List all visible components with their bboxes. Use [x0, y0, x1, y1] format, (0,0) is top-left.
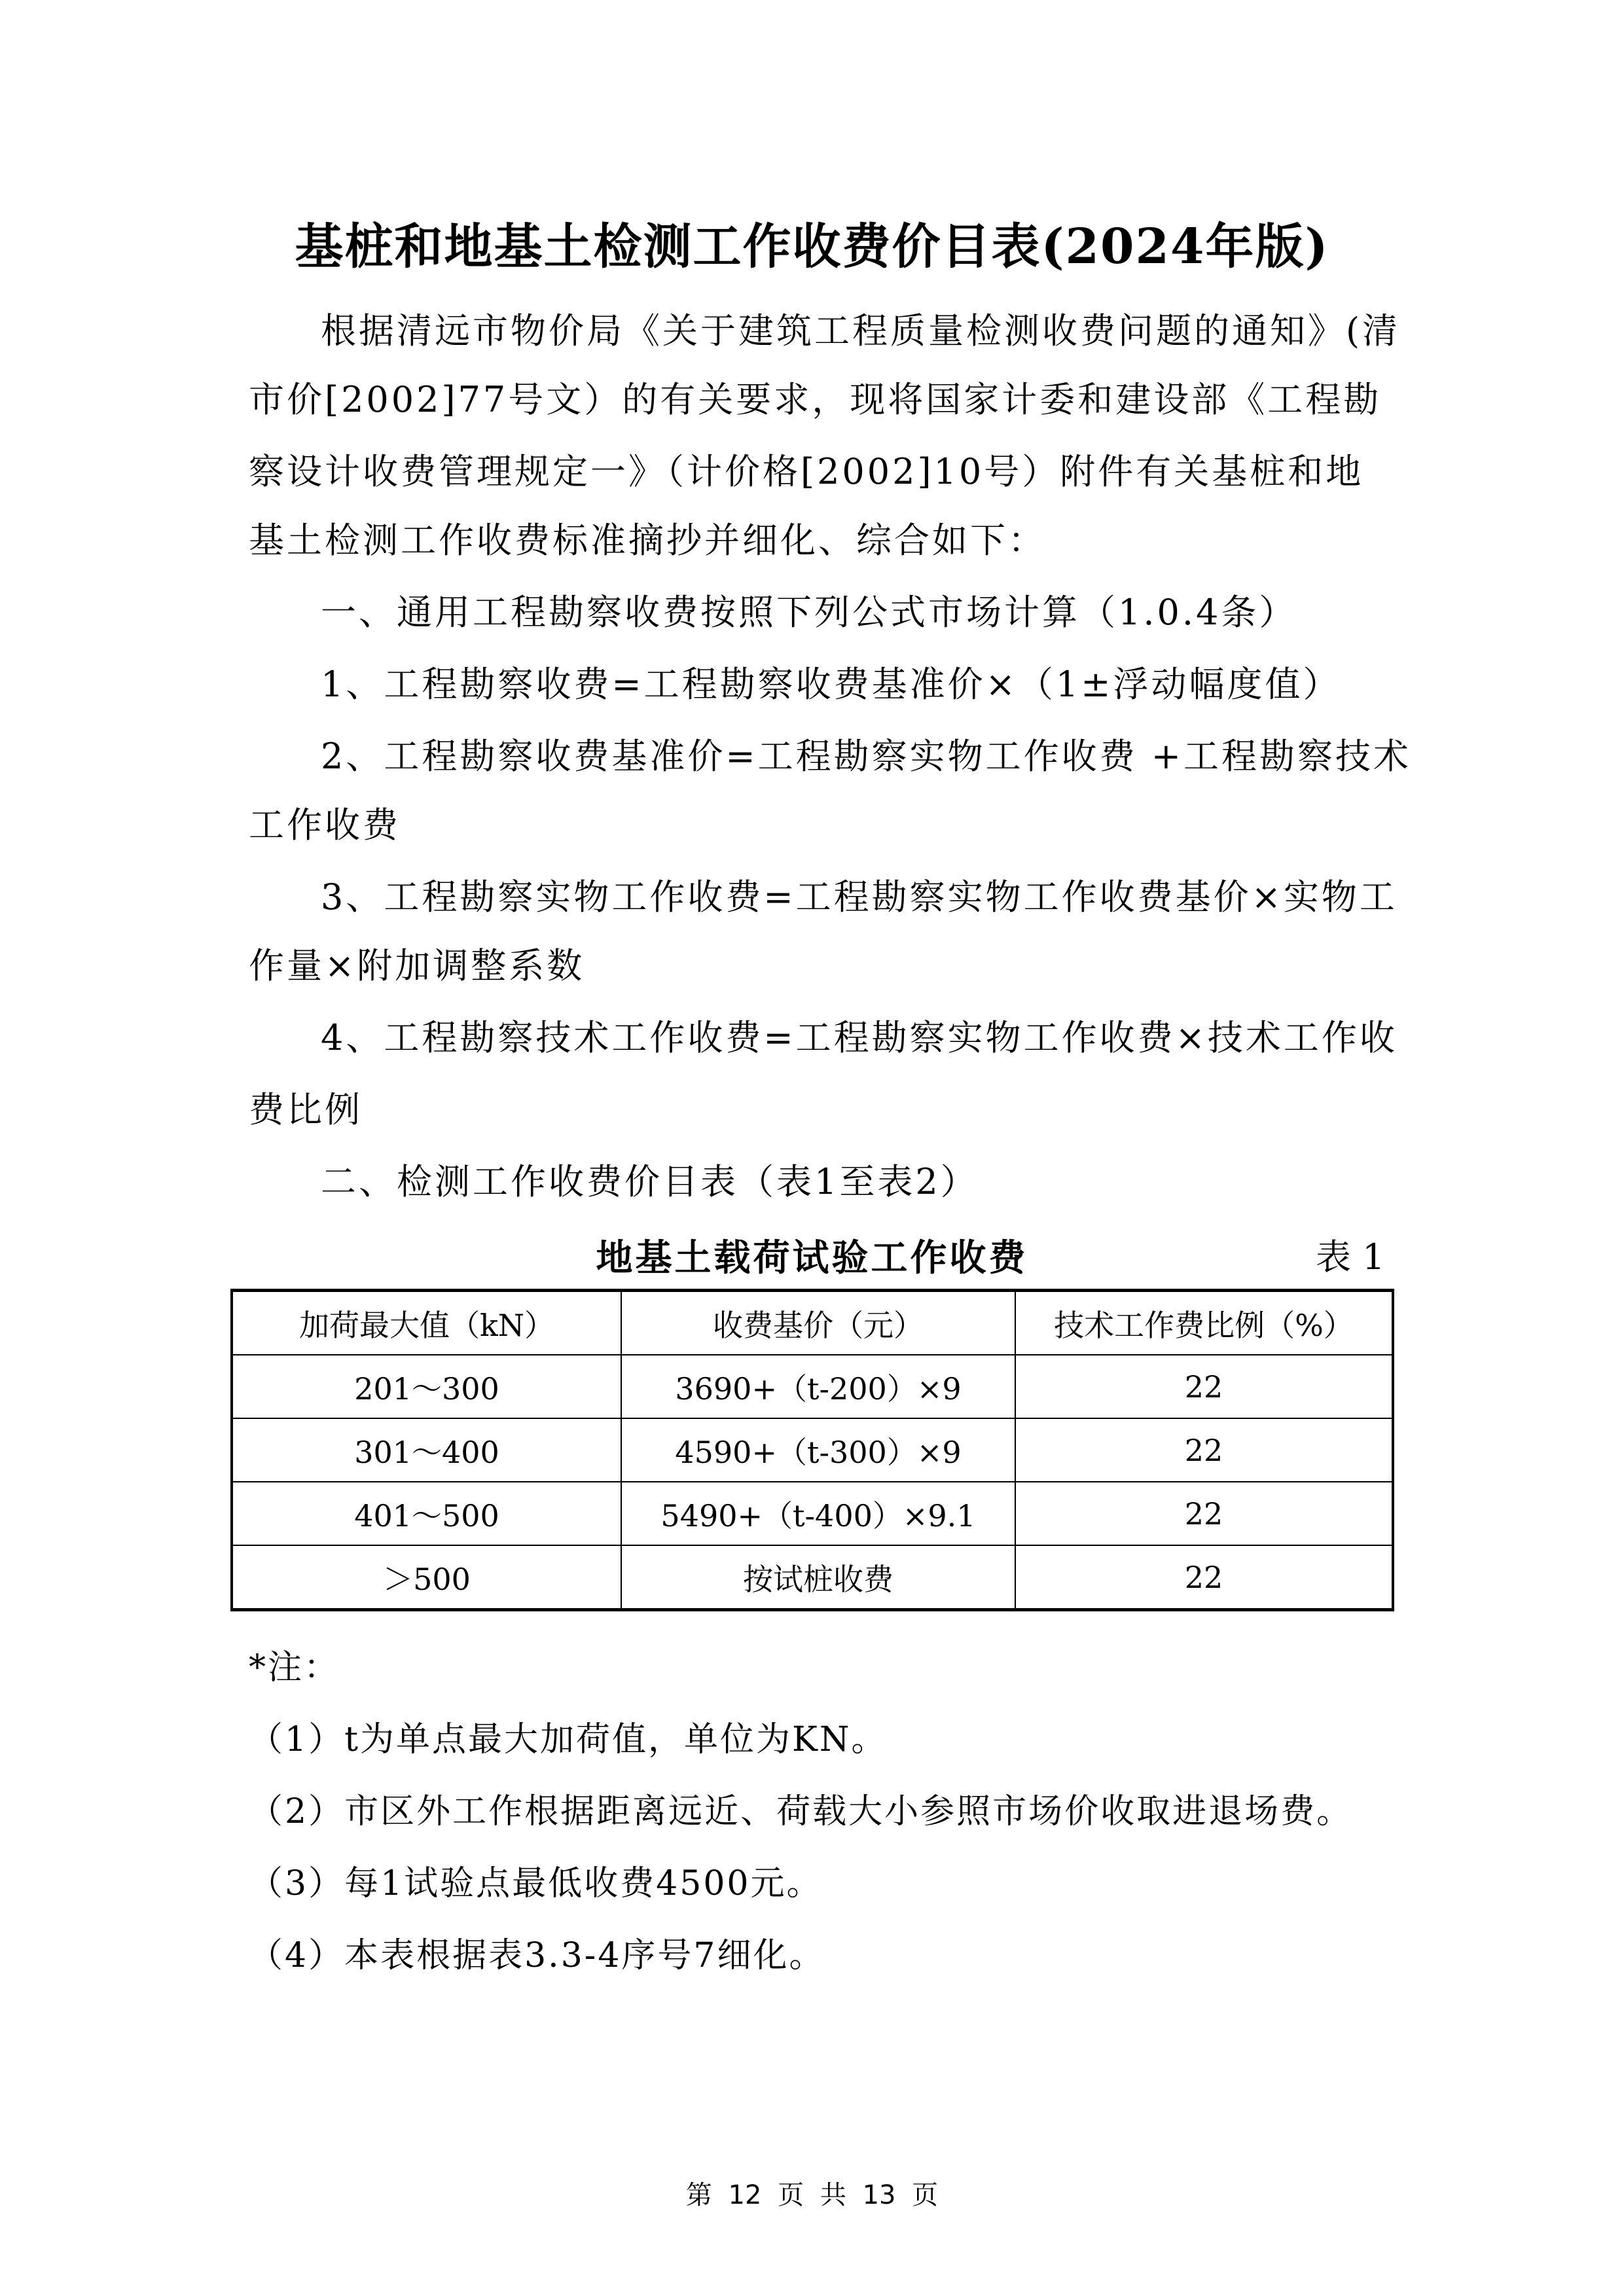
- table-header-row: 加荷最大值（kN） 收费基价（元） 技术工作费比例（%）: [232, 1291, 1393, 1355]
- intro-line-4: 基土检测工作收费标准摘抄并细化、综合如下：: [249, 512, 1046, 563]
- cell-tech-ratio: 22: [1015, 1355, 1393, 1418]
- table-row: 201～300 3690+（t-200）×9 22: [232, 1355, 1393, 1418]
- note-item-3: （3）每1试验点最低收费4500元。: [249, 1856, 823, 1905]
- formula-1: 1、工程勘察收费=工程勘察收费基准价×（1±浮动幅度值）: [321, 656, 1341, 707]
- note-item-4: （4）本表根据表3.3-4序号7细化。: [249, 1928, 825, 1977]
- cell-tech-ratio: 22: [1015, 1545, 1393, 1610]
- cell-base-price: 5490+（t-400）×9.1: [621, 1482, 1015, 1545]
- formula-3-line-1: 3、工程勘察实物工作收费=工程勘察实物工作收费基价×实物工: [321, 869, 1398, 920]
- header-max-load: 加荷最大值（kN）: [232, 1291, 621, 1355]
- cell-max-load: ＞500: [232, 1545, 621, 1610]
- formula-4-line-1: 4、工程勘察技术工作收费=工程勘察实物工作收费×技术工作收: [321, 1010, 1398, 1060]
- table-row: ＞500 按试桩收费 22: [232, 1545, 1393, 1610]
- formula-4-line-2: 费比例: [249, 1082, 363, 1132]
- note-item-1: （1）t为单点最大加荷值，单位为KN。: [249, 1712, 887, 1761]
- header-tech-ratio: 技术工作费比例（%）: [1015, 1291, 1393, 1355]
- note-item-2: （2）市区外工作根据距离远近、荷载大小参照市场价收取进退场费。: [249, 1784, 1352, 1833]
- cell-base-price: 4590+（t-300）×9: [621, 1418, 1015, 1482]
- document-title: 基桩和地基土检测工作收费价目表(2024年版): [0, 208, 1624, 278]
- page-number-footer: 第 12 页 共 13 页: [0, 2174, 1624, 2212]
- fee-table: 加荷最大值（kN） 收费基价（元） 技术工作费比例（%） 201～300 369…: [230, 1289, 1394, 1611]
- cell-tech-ratio: 22: [1015, 1418, 1393, 1482]
- section2-heading: 二、检测工作收费价目表（表1至表2）: [321, 1154, 979, 1204]
- table-row: 401～500 5490+（t-400）×9.1 22: [232, 1482, 1393, 1545]
- table1-number: 表 1: [1316, 1229, 1385, 1280]
- header-base-price: 收费基价（元）: [621, 1291, 1015, 1355]
- cell-base-price: 按试桩收费: [621, 1545, 1015, 1610]
- section1-heading: 一、通用工程勘察收费按照下列公式市场计算（1.0.4条）: [321, 584, 1297, 635]
- formula-2-line-1: 2、工程勘察收费基准价=工程勘察实物工作收费 +工程勘察技术: [321, 728, 1411, 779]
- formula-3-line-2: 作量×附加调整系数: [249, 938, 585, 988]
- notes-label: *注：: [249, 1640, 340, 1689]
- table-row: 301～400 4590+（t-300）×9 22: [232, 1418, 1393, 1482]
- cell-max-load: 301～400: [232, 1418, 621, 1482]
- cell-tech-ratio: 22: [1015, 1482, 1393, 1545]
- intro-line-3: 察设计收费管理规定一》（计价格[2002]10号）附件有关基桩和地: [249, 444, 1363, 494]
- intro-line-2: 市价[2002]77号文）的有关要求，现将国家计委和建设部《工程勘: [249, 372, 1381, 422]
- cell-max-load: 401～500: [232, 1482, 621, 1545]
- intro-line-1: 根据清远市物价局《关于建筑工程质量检测收费问题的通知》(清: [321, 303, 1400, 353]
- cell-max-load: 201～300: [232, 1355, 621, 1418]
- cell-base-price: 3690+（t-200）×9: [621, 1355, 1015, 1418]
- formula-2-line-2: 工作收费: [249, 797, 401, 848]
